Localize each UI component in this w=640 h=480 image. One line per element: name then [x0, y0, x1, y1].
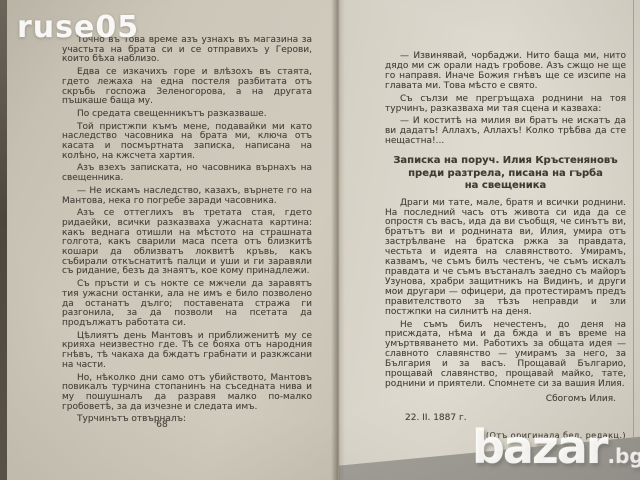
book-paragraph: Но, нѣколко дни само отъ убийството, Ман…: [62, 374, 312, 413]
page-number: 68: [12, 420, 312, 430]
book-paragraph: Той пристжпи къмъ мене, подавайки ми кат…: [62, 123, 312, 162]
bazar-logo-tld: .bg: [607, 444, 640, 468]
letter-signature: Сбогомъ Илия.: [385, 395, 626, 405]
book-paragraph: Не съмъ билъ нечестенъ, до деня на присж…: [385, 321, 626, 390]
bazar-logo-text: bazar: [472, 420, 606, 474]
right-page-text: — Извинявай, чорбаджи. Нито баща ми, нит…: [385, 52, 626, 444]
book-paragraph-dialog: — И коститѣ на милия ви братъ не искатъ …: [385, 117, 626, 147]
left-page-text: Точно въ това време азъ узнахъ въ магази…: [62, 36, 312, 428]
book-paragraph-dialog: — Не искамъ наследство, казахъ, върнете …: [62, 187, 312, 206]
book-paragraph: Съ сълзи ме прегръщаха роднини на тоя ту…: [385, 95, 626, 115]
book-photo: Точно въ това време азъ узнахъ въ магази…: [0, 0, 640, 480]
book-paragraph: Азъ взехъ записката, но часовника върнах…: [62, 164, 312, 183]
seller-watermark: ruse05: [17, 10, 139, 45]
section-heading-line: Записка на поруч. Илия Кръстеняновъ: [385, 155, 626, 168]
book-paragraph: Азъ се оттеглихъ въ третата стая, гдето …: [62, 209, 312, 277]
book-paragraph-dialog: — Извинявай, чорбаджи. Нито баща ми, нит…: [385, 52, 626, 92]
book-paragraph: Едва се изкачихъ горе и влѣзохъ въ стаят…: [62, 68, 312, 107]
book-gutter: [331, 0, 345, 480]
bazar-logo-watermark: bazar.bg: [472, 424, 640, 470]
section-heading-line: преди разтрела, писана на гърба: [385, 168, 626, 181]
right-page: — Извинявай, чорбаджи. Нито баща ми, нит…: [339, 0, 640, 480]
book-paragraph: Цѣлиятъ день Мантовъ и приближенитѣ му с…: [62, 332, 312, 371]
section-heading-line: на свещеника: [385, 180, 626, 193]
book-paragraph: Съ пръсти и съ нокте се мжчели да заравя…: [62, 280, 312, 329]
left-page: Точно въ това време азъ узнахъ въ магази…: [7, 0, 339, 480]
section-heading: Записка на поруч. Илия Кръстеняновъ пред…: [385, 155, 626, 193]
book-spine-edge: [0, 0, 7, 480]
book-paragraph: По средата свещенникътъ разказваше.: [62, 110, 312, 120]
book-paragraph: Драги ми тате, мале, братя и всички родн…: [385, 199, 626, 318]
